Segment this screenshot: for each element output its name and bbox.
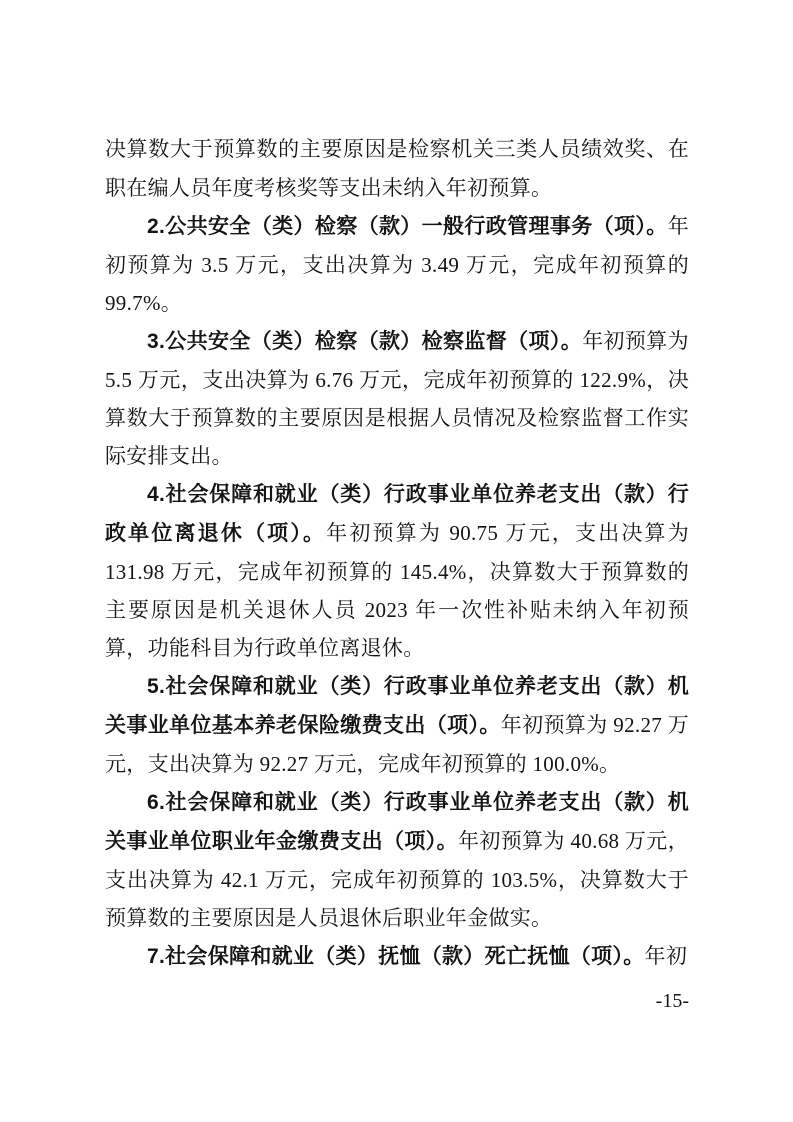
paragraph: 5.社会保障和就业（类）行政事业单位养老支出（款）机关事业单位基本养老保险缴费支… <box>105 667 689 783</box>
document-page: 决算数大于预算数的主要原因是检察机关三类人员绩效奖、在职在编人员年度考核奖等支出… <box>0 0 793 1122</box>
paragraph-body: 决算数大于预算数的主要原因是检察机关三类人员绩效奖、在职在编人员年度考核奖等支出… <box>105 137 689 200</box>
paragraph: 决算数大于预算数的主要原因是检察机关三类人员绩效奖、在职在编人员年度考核奖等支出… <box>105 130 689 207</box>
paragraph-body: 年初 <box>645 944 688 968</box>
paragraph-heading: 3.公共安全（类）检察（款）检察监督（项）。 <box>147 330 582 353</box>
paragraph: 2.公共安全（类）检察（款）一般行政管理事务（项）。年初预算为 3.5 万元，支… <box>105 207 689 322</box>
paragraph-heading: 2.公共安全（类）检察（款）一般行政管理事务（项）。 <box>147 215 668 238</box>
paragraph-heading: 7.社会保障和就业（类）抚恤（款）死亡抚恤（项）。 <box>147 945 645 968</box>
paragraph: 6.社会保障和就业（类）行政事业单位养老支出（款）机关事业单位职业年金缴费支出（… <box>105 783 689 937</box>
paragraph: 3.公共安全（类）检察（款）检察监督（项）。年初预算为 5.5 万元，支出决算为… <box>105 322 689 475</box>
document-content: 决算数大于预算数的主要原因是检察机关三类人员绩效奖、在职在编人员年度考核奖等支出… <box>105 130 689 1016</box>
paragraph: 7.社会保障和就业（类）抚恤（款）死亡抚恤（项）。年初 <box>105 937 689 976</box>
paragraph: 4.社会保障和就业（类）行政事业单位养老支出（款）行政单位离退休（项）。年初预算… <box>105 475 689 667</box>
page-number: -15- <box>105 986 689 1016</box>
